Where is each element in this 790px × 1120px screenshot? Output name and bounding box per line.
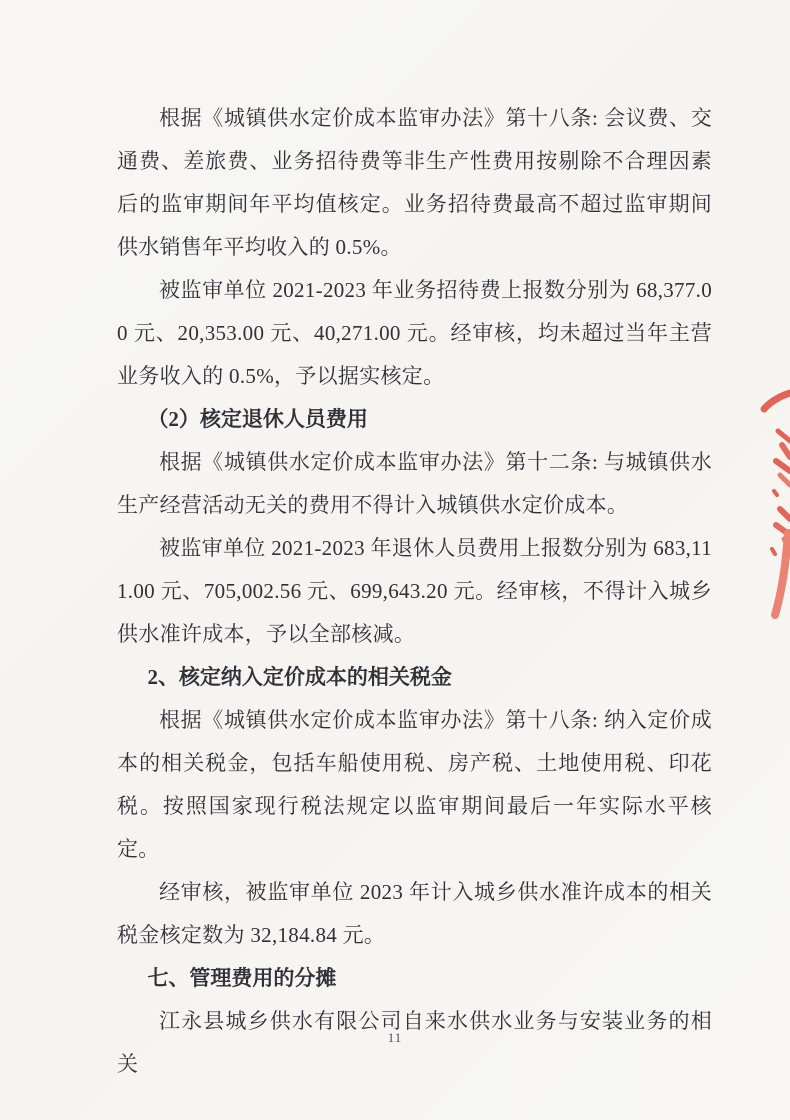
document-page: 根据《城镇供水定价成本监审办法》第十八条: 会议费、交通费、差旅费、业务招待费等… <box>0 0 790 1120</box>
red-seal-fragment-icon <box>744 383 790 623</box>
heading-management-expense-allocation: 七、管理费用的分摊 <box>117 957 712 1000</box>
paragraph-retiree-expense-figures: 被监审单位 2021-2023 年退休人员费用上报数分别为 683,111.00… <box>117 527 712 656</box>
paragraph-related-taxes-figures: 经审核，被监审单位 2023 年计入城乡供水准许成本的相关税金核定数为 32,1… <box>117 871 712 957</box>
paragraph-related-taxes-rule: 根据《城镇供水定价成本监审办法》第十八条: 纳入定价成本的相关税金，包括车船使用… <box>117 699 712 871</box>
page-number: 11 <box>0 1030 790 1046</box>
paragraph-meeting-expense-rule: 根据《城镇供水定价成本监审办法》第十八条: 会议费、交通费、差旅费、业务招待费等… <box>117 97 712 269</box>
heading-related-taxes: 2、核定纳入定价成本的相关税金 <box>117 656 712 699</box>
paragraph-retiree-expense-rule: 根据《城镇供水定价成本监审办法》第十二条: 与城镇供水生产经营活动无关的费用不得… <box>117 441 712 527</box>
heading-retiree-expense: （2）核定退休人员费用 <box>117 398 712 441</box>
paragraph-entertainment-expense-figures: 被监审单位 2021-2023 年业务招待费上报数分别为 68,377.00 元… <box>117 269 712 398</box>
document-body: 根据《城镇供水定价成本监审办法》第十八条: 会议费、交通费、差旅费、业务招待费等… <box>117 97 712 1086</box>
